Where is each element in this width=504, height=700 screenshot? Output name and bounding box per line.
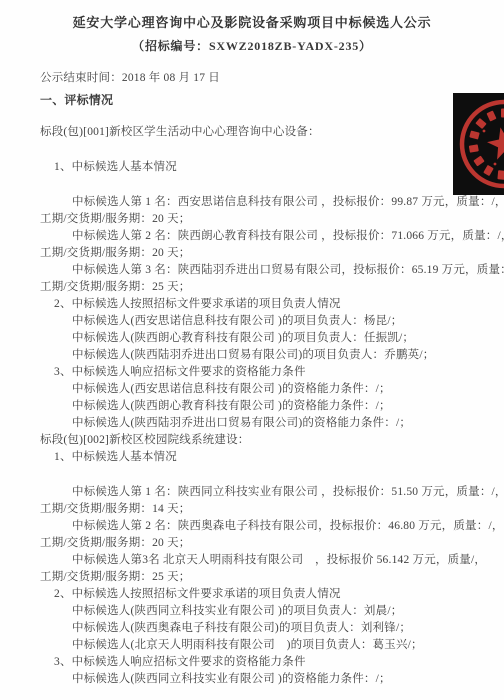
- document-line: 工期/交货期/服务期：20 天；: [40, 245, 504, 262]
- item-heading: 1、中标候选人基本情况: [40, 449, 504, 466]
- publicity-end-date: 公示结束时间：2018 年 08 月 17 日: [40, 70, 504, 87]
- document-line: 中标候选人(陕西同立科技实业有限公司 )的项目负责人：刘晨/；: [40, 603, 504, 620]
- document-line: 中标候选人第 2 名：陕西朗心教育科技有限公司 ，投标报价：71.066 万元，…: [40, 228, 504, 245]
- document-line: 中标候选人第 3 名：陕西陆羽乔进出口贸易有限公司，投标报价：65.19 万元，…: [40, 262, 504, 279]
- document-page: 延安大学心理咨询中心及影院设备采购项目中标候选人公示（招标编号：SXWZ2018…: [0, 0, 504, 700]
- document-line: 中标候选人第3名 北京天人明雨科技有限公司 ，投标报价 56.142 万元，质量…: [40, 552, 504, 569]
- package-heading: 标段(包)[002]新校区校园院线系统建设：: [40, 432, 504, 449]
- item-heading: 3、中标候选人响应招标文件要求的资格能力条件: [40, 654, 504, 671]
- official-seal: [453, 93, 504, 195]
- document-line: 中标候选人(陕西朗心教育科技有限公司 )的项目负责人：任振凯/；: [40, 330, 504, 347]
- document-line: 中标候选人(陕西同立科技实业有限公司 )的资格能力条件：/；: [40, 671, 504, 688]
- document-line: 中标候选人第 1 名：西安思诺信息科技有限公司 ，投标报价：99.87 万元，质…: [40, 194, 504, 211]
- section-heading: 一、评标情况: [40, 92, 504, 109]
- document-line: 中标候选人(陕西陆羽乔进出口贸易有限公司)的项目负责人：乔鹏英/；: [40, 347, 504, 364]
- document-line: 中标候选人(西安思诺信息科技有限公司 )的项目负责人：杨昆/；: [40, 313, 504, 330]
- document-title: 延安大学心理咨询中心及影院设备采购项目中标候选人公示: [40, 13, 464, 32]
- document-line: 中标候选人(陕西朗心教育科技有限公司 )的资格能力条件：/；: [40, 398, 504, 415]
- document-line: 中标候选人(陕西陆羽乔进出口贸易有限公司)的资格能力条件：/；: [40, 415, 504, 432]
- document-line: 工期/交货期/服务期：14 天；: [40, 501, 504, 518]
- document-line: 中标候选人(北京天人明雨科技有限公司 )的项目负责人：葛玉兴/；: [40, 637, 504, 654]
- document-line: 工期/交货期/服务期：20 天；: [40, 535, 504, 552]
- document-line: 工期/交货期/服务期：25 天；: [40, 569, 504, 586]
- document-line: 中标候选人(西安思诺信息科技有限公司 )的资格能力条件：/；: [40, 381, 504, 398]
- item-heading: 2、中标候选人按照招标文件要求承诺的项目负责人情况: [40, 296, 504, 313]
- document-line: 中标候选人第 1 名：陕西同立科技实业有限公司 ，投标报价：51.50 万元，质…: [40, 484, 504, 501]
- document-body: 延安大学心理咨询中心及影院设备采购项目中标候选人公示（招标编号：SXWZ2018…: [0, 0, 504, 688]
- document-line: 工期/交货期/服务期：20 天；: [40, 211, 504, 228]
- document-line: 工期/交货期/服务期：25 天；: [40, 279, 504, 296]
- package-heading: 标段(包)[001]新校区学生活动中心心理咨询中心设备：: [40, 124, 504, 141]
- tender-number: （招标编号：SXWZ2018ZB-YADX-235）: [40, 38, 464, 55]
- item-heading: 2、中标候选人按照招标文件要求承诺的项目负责人情况: [40, 586, 504, 603]
- item-heading: 1、中标候选人基本情况: [40, 159, 504, 176]
- document-line: 中标候选人(陕西奥森电子科技有限公司)的项目负责人：刘利锋/；: [40, 620, 504, 637]
- document-line: 中标候选人第 2 名：陕西奥森电子科技有限公司，投标报价：46.80 万元，质量…: [40, 518, 504, 535]
- item-heading: 3、中标候选人响应招标文件要求的资格能力条件: [40, 364, 504, 381]
